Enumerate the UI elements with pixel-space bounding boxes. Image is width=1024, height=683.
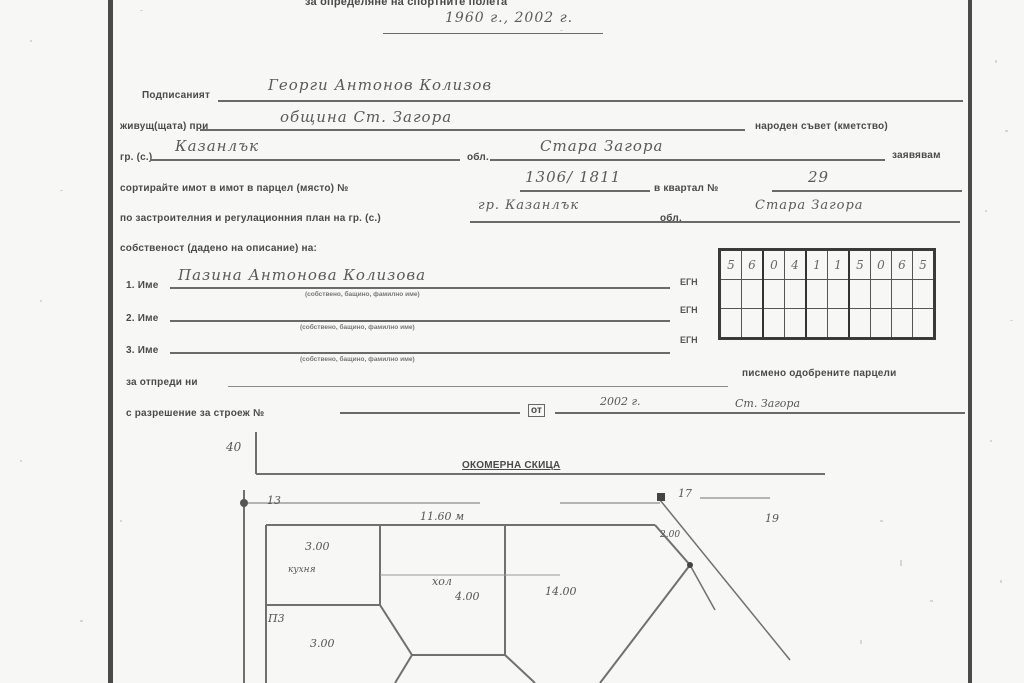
sketch-room3: 14.00	[545, 585, 577, 598]
sketch-left-mark: 13	[267, 494, 281, 507]
sketch-room2: хол	[432, 575, 452, 588]
sketch-room4: 3.00	[310, 637, 335, 650]
sketch-top-measure: 11.60 м	[420, 510, 464, 523]
site-sketch	[0, 0, 1024, 683]
sketch-side-mark: П3	[268, 612, 285, 625]
sketch-room1: 3.00	[305, 540, 330, 553]
sketch-room1-sub: кухня	[288, 565, 316, 575]
sketch-room2-sub: 4.00	[455, 590, 480, 603]
sketch-right-mark-1: 17	[678, 487, 692, 500]
sketch-north-mark: 40	[226, 440, 241, 454]
sketch-corner-mark: 2.00	[660, 530, 680, 540]
sketch-right-mark-2: 19	[765, 512, 779, 525]
